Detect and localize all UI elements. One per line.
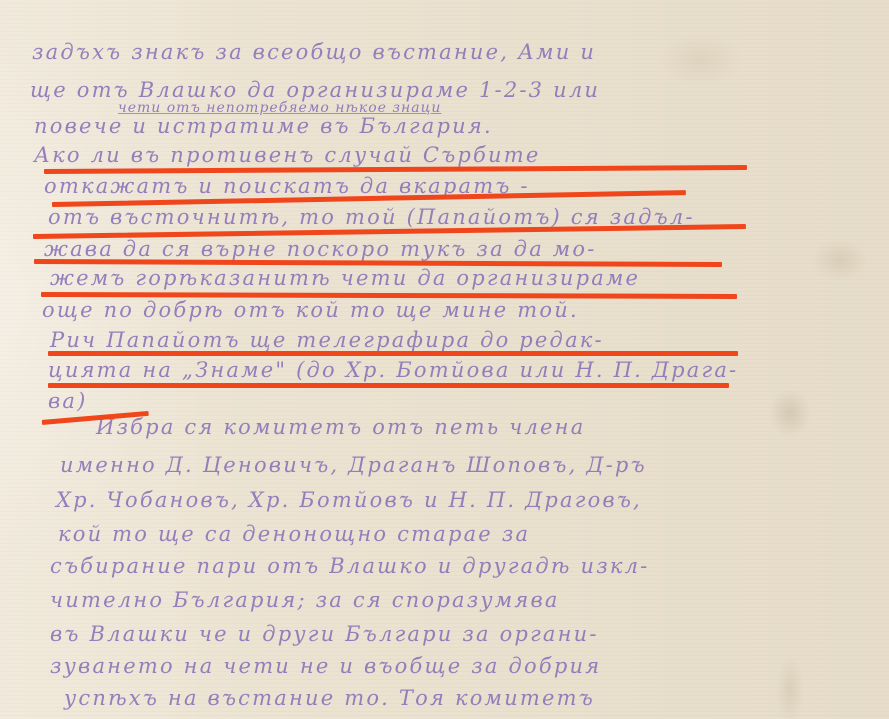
interlinear-insertion: чети отъ непотребяемо нѣкое знаци [118,101,441,115]
text-line: Рич Папайотъ ще телеграфира до редак- [50,330,604,351]
text-line: отъ въсточнитѣ, то той (Папайотъ) ся зад… [48,207,695,228]
text-line: жава да ся върне поскоро тукъ за да мо- [44,239,597,260]
text-line: Ако ли въ противенъ случай Сърбите [34,145,541,166]
text-line: Избра ся комитетъ отъ петь члена [96,417,585,438]
red-underline [48,383,729,388]
text-line: още по добрѣ отъ кой то ще мине той. [42,300,579,321]
text-line: въ Влашки че и други Българи за органи- [50,624,599,645]
text-line: зуването на чети не и въобще за добрия [50,656,601,677]
text-line: задъхъ знакъ за всеобщо въстание, Ами и [32,42,596,63]
text-line: жемъ горѣказанитѣ чети да организираме [50,268,640,289]
text-line: ва) [48,391,88,412]
manuscript-page: задъхъ знакъ за всеобщо въстание, Ами и … [0,0,889,719]
text-line: кой то ще са денонощно старае за [58,524,530,545]
red-underline [48,351,738,356]
text-line: повече и истратиме въ България. [34,116,493,137]
text-line: цията на „Знаме" (до Хр. Ботйова или Н. … [48,360,738,381]
text-line: събирание пари отъ Влашко и другадѣ изкл… [50,556,649,577]
text-line: успѣхъ на въстание то. Тоя комитетъ [64,688,595,709]
text-line: ще отъ Влашко да организираме 1-2-3 или [30,80,600,101]
text-line: именно Д. Ценовичъ, Драганъ Шоповъ, Д-ръ [60,455,647,476]
text-line: Хр. Чобановъ, Хр. Ботйовъ и Н. П. Драгов… [56,490,642,511]
text-line: чително България; за ся споразумява [50,590,560,611]
